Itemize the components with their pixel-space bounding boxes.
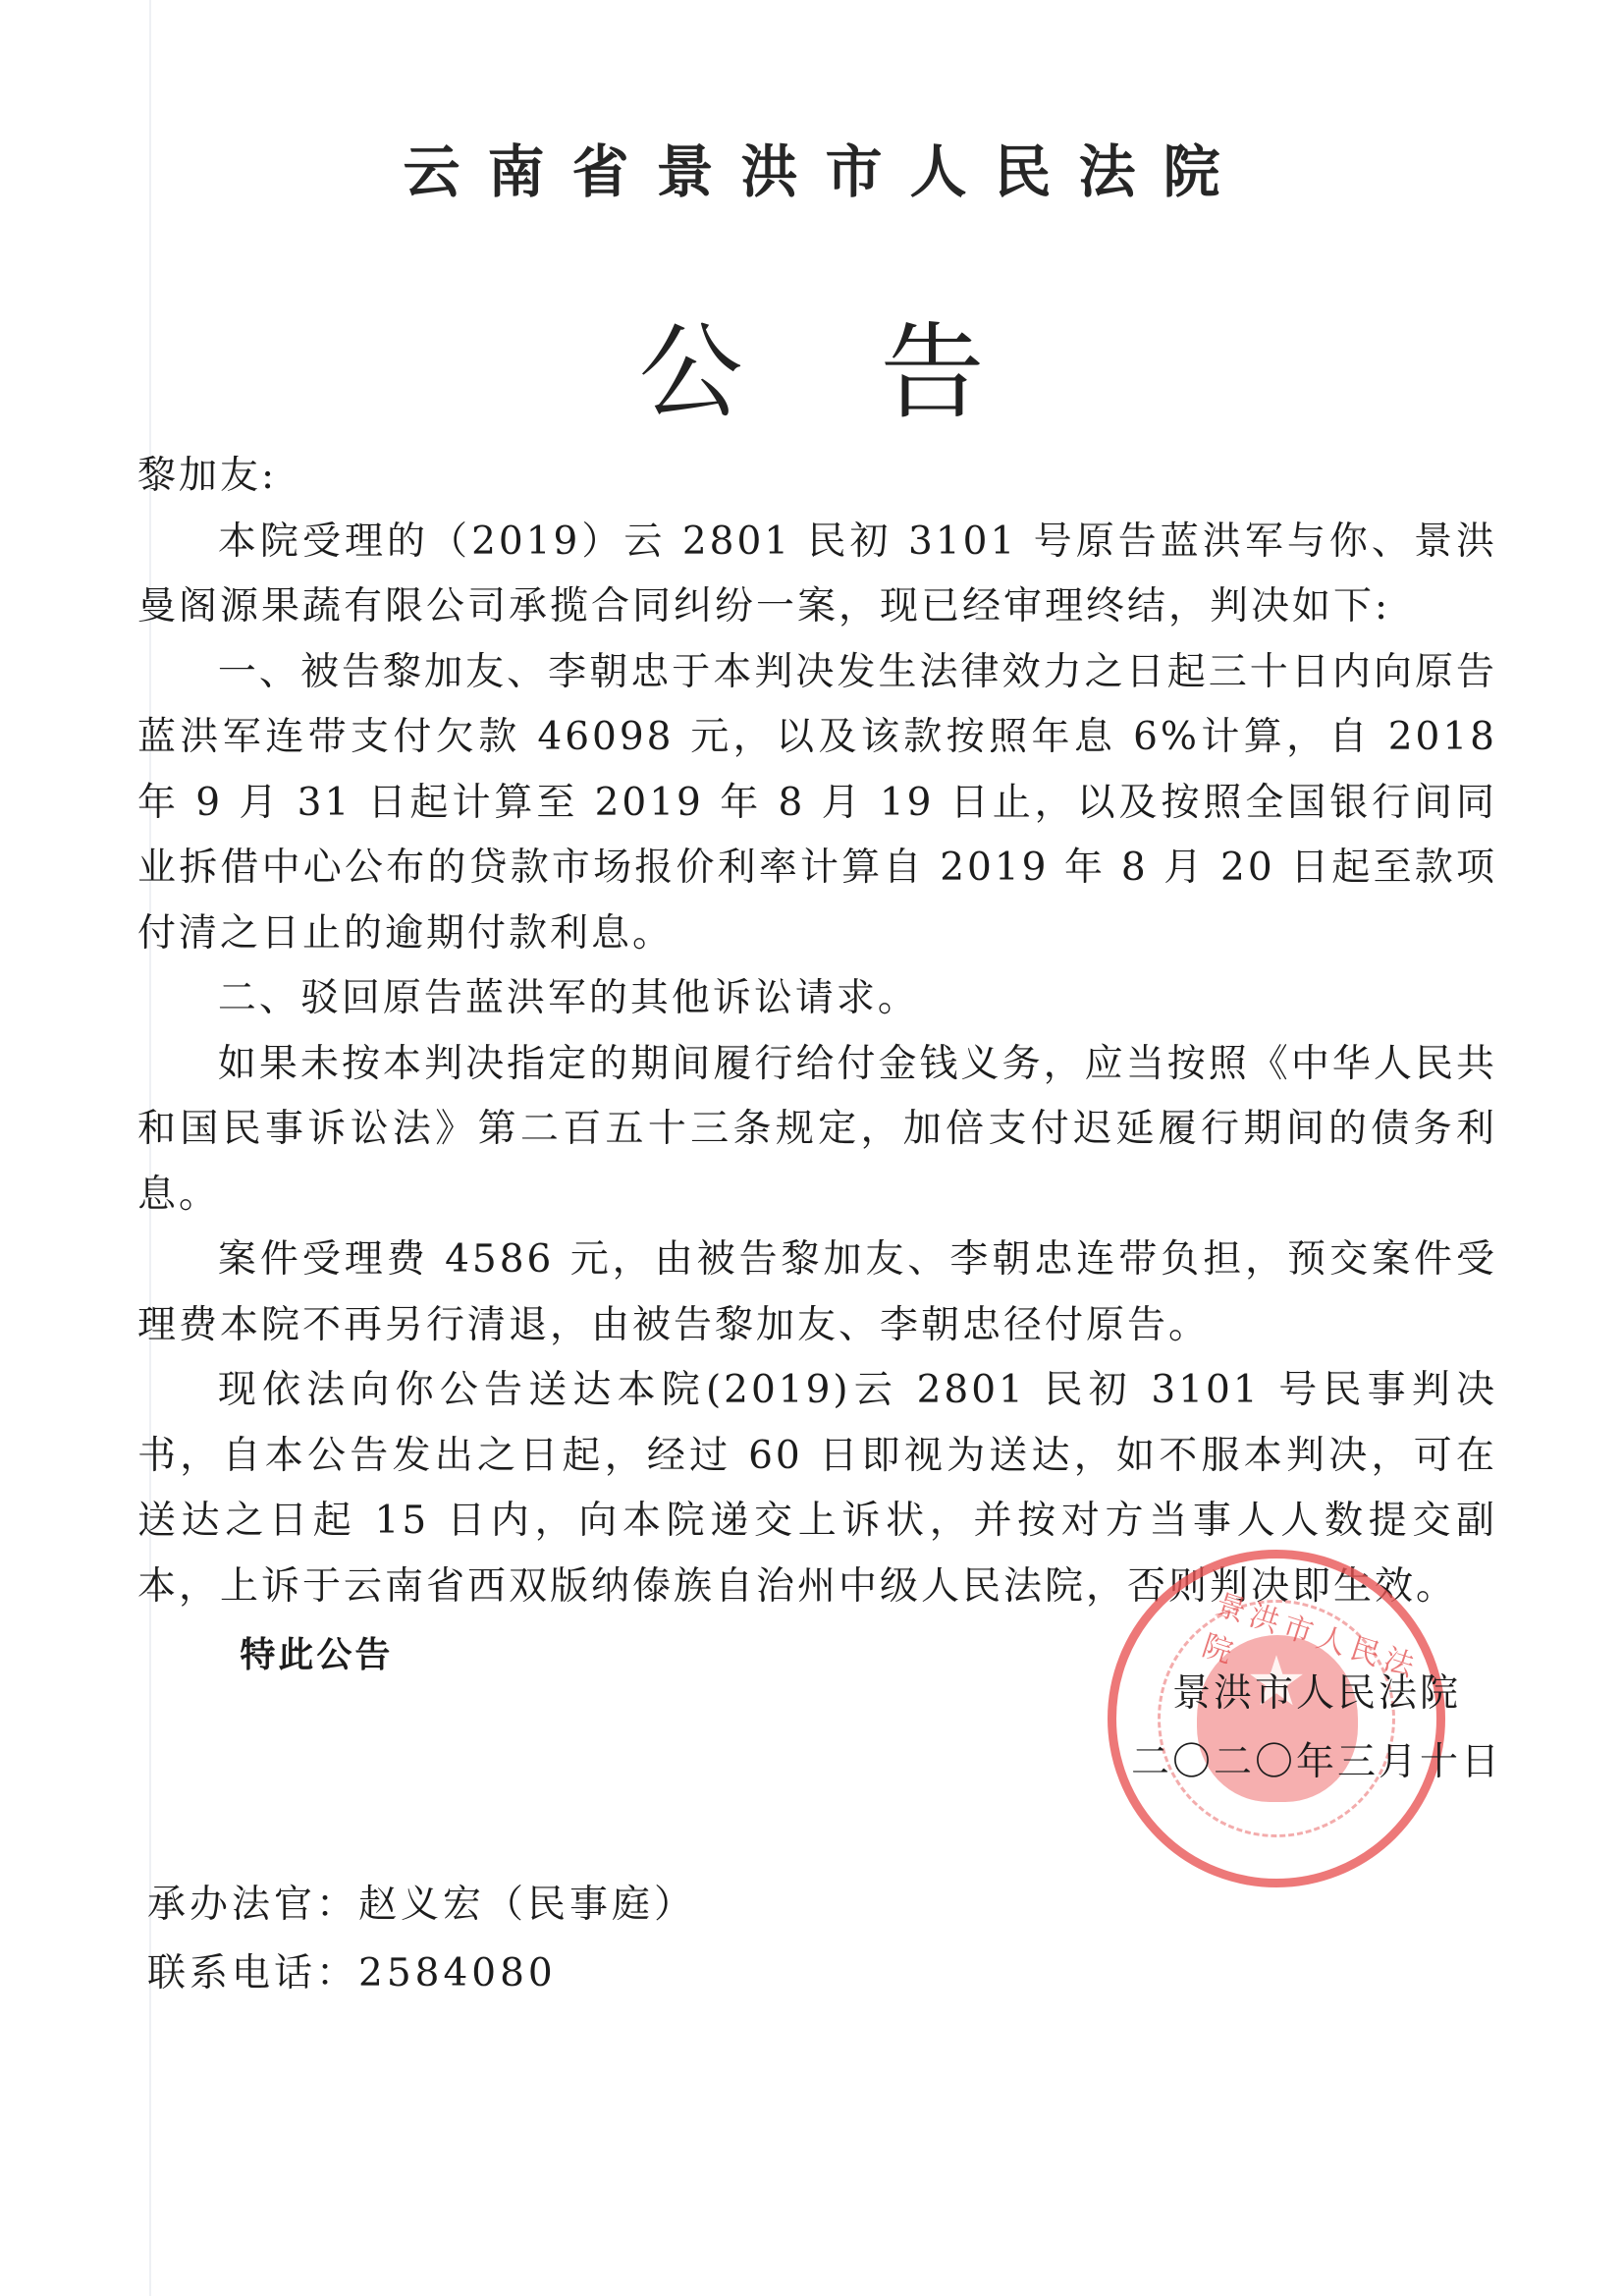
signature-block: 景洪市人民法院 二〇二〇年三月十日 — [1090, 1660, 1502, 1797]
court-name-heading: 云南省景洪市人民法院 — [0, 126, 1623, 208]
notice-title: 公告 — [0, 290, 1623, 439]
paragraph-case-intro: 本院受理的（2019）云 2801 民初 3101 号原告蓝洪军与你、景洪曼阁源… — [137, 510, 1497, 640]
paragraph-court-fee: 案件受理费 4586 元，由被告黎加友、李朝忠连带负担，预交案件受理费本院不再另… — [137, 1228, 1497, 1358]
contact-block: 承办法官：赵义宏（民事庭） 联系电话：2584080 — [147, 1871, 696, 2008]
judge-in-charge: 承办法官：赵义宏（民事庭） — [147, 1871, 696, 1940]
signature-court: 景洪市人民法院 — [1090, 1660, 1502, 1728]
paragraph-judgment-item-2: 二、驳回原告蓝洪军的其他诉讼请求。 — [137, 966, 1497, 1032]
contact-phone: 联系电话：2584080 — [147, 1940, 696, 2008]
notice-body: 黎加友: 本院受理的（2019）云 2801 民初 3101 号原告蓝洪军与你、… — [137, 444, 1497, 1689]
paragraph-judgment-item-1: 一、被告黎加友、李朝忠于本判决发生法律效力之日起三十日内向原告蓝洪军连带支付欠款… — [137, 640, 1497, 967]
paragraph-late-payment: 如果未按本判决指定的期间履行给付金钱义务，应当按照《中华人民共和国民事诉讼法》第… — [137, 1032, 1497, 1229]
addressee: 黎加友: — [137, 444, 1497, 510]
signature-date: 二〇二〇年三月十日 — [1090, 1728, 1502, 1797]
